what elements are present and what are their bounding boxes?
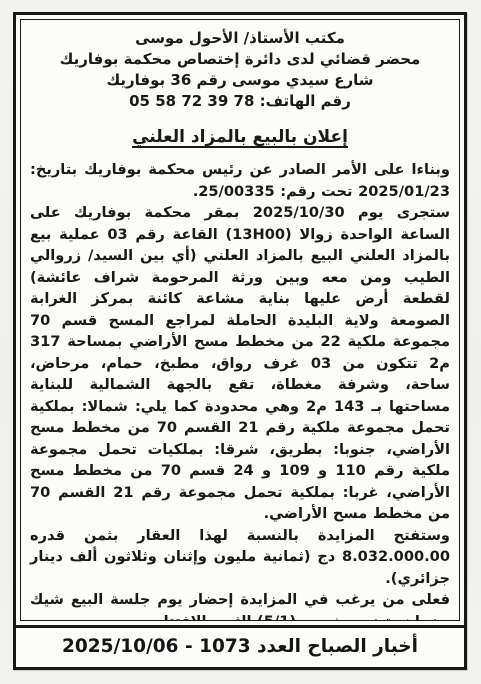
paragraph-deposit-requirement: فعلى من يرغب في المزايدة إحضار يوم جلسة … bbox=[30, 589, 450, 621]
office-header: مكتب الأستاذ/ الأحول موسى محضر قضائي لدى… bbox=[30, 28, 450, 112]
notice-text: وبناءا على الأمر الصادر عن رئيس محكمة بو… bbox=[30, 159, 450, 621]
notice-title: إعلان بالبيع بالمزاد العلني bbox=[30, 126, 450, 148]
notice-body: مكتب الأستاذ/ الأحول موسى محضر قضائي لدى… bbox=[20, 19, 460, 621]
paragraph-court-order: وبناءا على الأمر الصادر عن رئيس محكمة بو… bbox=[30, 159, 450, 202]
office-role: محضر قضائي لدى دائرة إختصاص محكمة بوفاري… bbox=[30, 49, 450, 70]
office-phone-line: رقم الهاتف: 05 58 72 39 78 bbox=[30, 91, 450, 112]
phone-label: رقم الهاتف: bbox=[260, 92, 351, 110]
newspaper-footer-strip: أخبار الصباح العدد 1073 - 2025/10/06 bbox=[16, 625, 464, 667]
office-address: شارع سيدي موسى رقم 36 بوفاريك bbox=[30, 70, 450, 91]
paragraph-sale-description: ستجرى يوم 2025/10/30 بمقر محكمة بوفاريك … bbox=[30, 202, 450, 525]
notice-frame: مكتب الأستاذ/ الأحول موسى محضر قضائي لدى… bbox=[13, 12, 467, 670]
paragraph-opening-price: وستفتح المزايدة بالنسبة لهذا العقار بثمن… bbox=[30, 525, 450, 590]
phone-number: 05 58 72 39 78 bbox=[129, 91, 254, 112]
office-name: مكتب الأستاذ/ الأحول موسى bbox=[30, 28, 450, 49]
scanned-page: مكتب الأستاذ/ الأحول موسى محضر قضائي لدى… bbox=[0, 0, 481, 684]
